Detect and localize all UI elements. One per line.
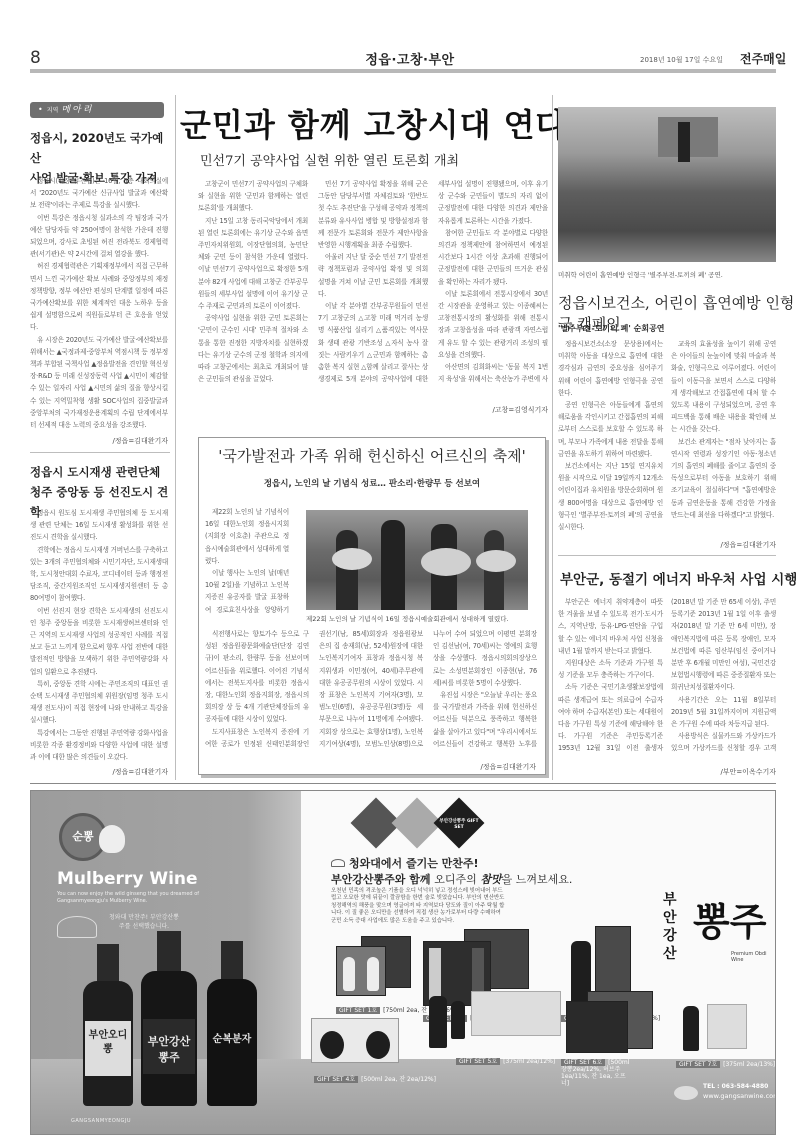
main-body: 고창군이 민선7기 공약사업의 구체화와 실현을 위한 '군민과 함께하는 열린…	[198, 178, 548, 393]
health-photo-caption: 미취학 어린이 흡연예방 인형극 '별주부전-토끼의 폐' 공연.	[558, 270, 776, 279]
bottle-neck	[221, 941, 243, 983]
section-title: 정읍·고창·부안	[330, 49, 490, 68]
gift-set-1-image	[336, 946, 386, 996]
main-byline: /고창=김영식기자	[430, 405, 548, 415]
divider	[558, 555, 776, 556]
elderly-headline[interactable]: '국가발전과 가족 위해 헌신하신 어르신의 축제'	[198, 445, 546, 466]
maker-logo: GANGSANMYEONGJU	[71, 1118, 131, 1124]
energy-byline: /부안=이옥수기자	[680, 767, 776, 777]
health-subheadline: '별주부전-토끼의 폐' 순회공연	[558, 323, 665, 334]
gift-set-5-box	[471, 991, 561, 1036]
regional-echo-tag: •지역메아리	[30, 102, 164, 118]
gift-set-7-box	[707, 1004, 747, 1049]
ad-title: Mulberry Wine	[57, 869, 198, 889]
bottle-1-label: 부안오디뽕	[85, 1021, 131, 1076]
elderly-body-lead: 제22회 노인의 날 기념식이 16일 대한노인회 정읍시지회(지회장 이호춘)…	[205, 506, 289, 614]
gift-set-4-caption: GIFT SET 4호[500ml 2ea, 잔 2ea/12%]	[314, 1074, 436, 1083]
page-number: 8	[30, 48, 41, 68]
brand-logo-sub: Premium Obdi Wine	[731, 951, 771, 963]
puppet-show-photo	[558, 107, 776, 262]
elderly-photo-caption: 제22회 노인의 날 기념식이 16일 정읍시예술회관에서 성대하게 열렸다.	[306, 614, 536, 623]
gift-set-4-image	[311, 1018, 399, 1063]
issue-date: 2018년 10월 17일 수요일	[640, 55, 723, 65]
main-subheadline: 민선7기 공약사업 실현 위한 열린 토론회 개최	[200, 150, 459, 169]
bottle-2-label: 부안강산 뽕주	[143, 1019, 195, 1074]
main-headline[interactable]: 군민과 함께 고창시대 연다	[180, 100, 567, 146]
bullet-icon: •	[38, 105, 43, 114]
energy-body: 부안군은 에너지 취약계층이 따뜻한 겨울을 보낼 수 있도록 전기·도시가스,…	[558, 596, 776, 761]
gift-set-7-caption: GIFT SET 7호[375ml 2ea/13%]	[676, 1059, 775, 1068]
urban-body: 정읍시 원도심 도시재생 주민협의체 등 도시재생 관련 단체는 16일 도시재…	[30, 507, 168, 763]
health-body: 정읍시보건소(소장 문상용)에서는 미취학 아동을 대상으로 흡연에 대한 경각…	[558, 338, 776, 538]
ad-website[interactable]: www.gangsanwine.com	[703, 1092, 776, 1100]
urban-byline: /정읍=김대완기자	[30, 767, 168, 777]
budget-byline: /정읍=김대완기자	[30, 436, 168, 446]
brand-logo-small: 부안 강산	[663, 891, 679, 963]
header-rule	[30, 69, 776, 73]
gift-set-6-image	[566, 1001, 628, 1053]
elderly-byline: /정읍=김대완기자	[430, 762, 536, 772]
company-logo-icon	[674, 1086, 698, 1100]
gift-set-5-bottle	[451, 1001, 465, 1039]
person-figure	[336, 530, 358, 610]
mascot-icon	[99, 825, 125, 853]
elderly-body: 식전행사로는 향토가수 등으로 구성된 정읍원광문화예술단(단장 김연규)이 판…	[205, 628, 537, 758]
blue-house-emblem-icon	[57, 916, 97, 938]
brand-logo-big: 뽕주	[693, 891, 766, 946]
bouquet	[476, 550, 516, 572]
bouquet	[421, 548, 471, 576]
blue-house-icon	[331, 859, 345, 867]
bouquet	[332, 548, 372, 570]
ad-divider	[30, 783, 776, 784]
mulberry-wine-ad[interactable]: 순뽕 Mulberry Wine You can now enjoy the w…	[30, 790, 776, 1135]
column-divider	[175, 95, 176, 780]
gift-set-5-caption: GIFT SET 5호[375ml 2ea/12%]	[456, 1056, 555, 1065]
energy-headline[interactable]: 부안군, 동절기 에너지 바우처 사업 시행	[560, 568, 797, 588]
bottle-neck	[97, 944, 119, 984]
health-byline: /정읍=김대완기자	[680, 540, 776, 550]
ad-phone: TEL : 063-584-4880	[703, 1083, 768, 1090]
bottle-3-label: 순복분자	[209, 1027, 255, 1053]
newspaper-name: 전주매일	[740, 50, 786, 67]
gift-set-badge-text: 부안강산뽕주 GIFT SET	[436, 819, 482, 831]
emblem-text: 청와대 만찬주! 부안강산뽕주를 선택했습니다.	[109, 913, 179, 931]
ad-description: 오천년 민족의 격조높은 기품을 오디 넉넉히 넣고 정성스레 빚어내어 부드럽…	[331, 888, 506, 925]
ad-headline-1: 청와대에서 즐기는 만찬주!	[349, 855, 479, 871]
elderly-subheadline: 정읍시, 노인의 날 기념식 성료… 판소리·한량무 등 선보여	[198, 477, 546, 489]
divider	[30, 452, 170, 453]
gift-set-5-bottle	[429, 996, 447, 1048]
budget-body: 정읍시(시장 유진섭)는 16일, 5층 대회의실에서 '2020년도 국가예산…	[30, 175, 168, 430]
column-divider	[552, 95, 553, 780]
bottle-neck	[157, 931, 181, 976]
performer	[678, 122, 690, 162]
gift-set-7-bottle	[683, 1006, 699, 1051]
ad-headline-2: 부안강산뽕주와 함께 오디주의 참맛을 느껴보세요.	[331, 871, 572, 887]
ad-tagline: You can now enjoy the wild ginseng that …	[57, 891, 237, 905]
elderly-photo	[306, 510, 528, 610]
gift-set-6-caption: GIFT SET 6호[500ml 장뽕2ea/12%, 허브주1ea/11%,…	[561, 1059, 631, 1087]
person-figure	[381, 520, 405, 610]
